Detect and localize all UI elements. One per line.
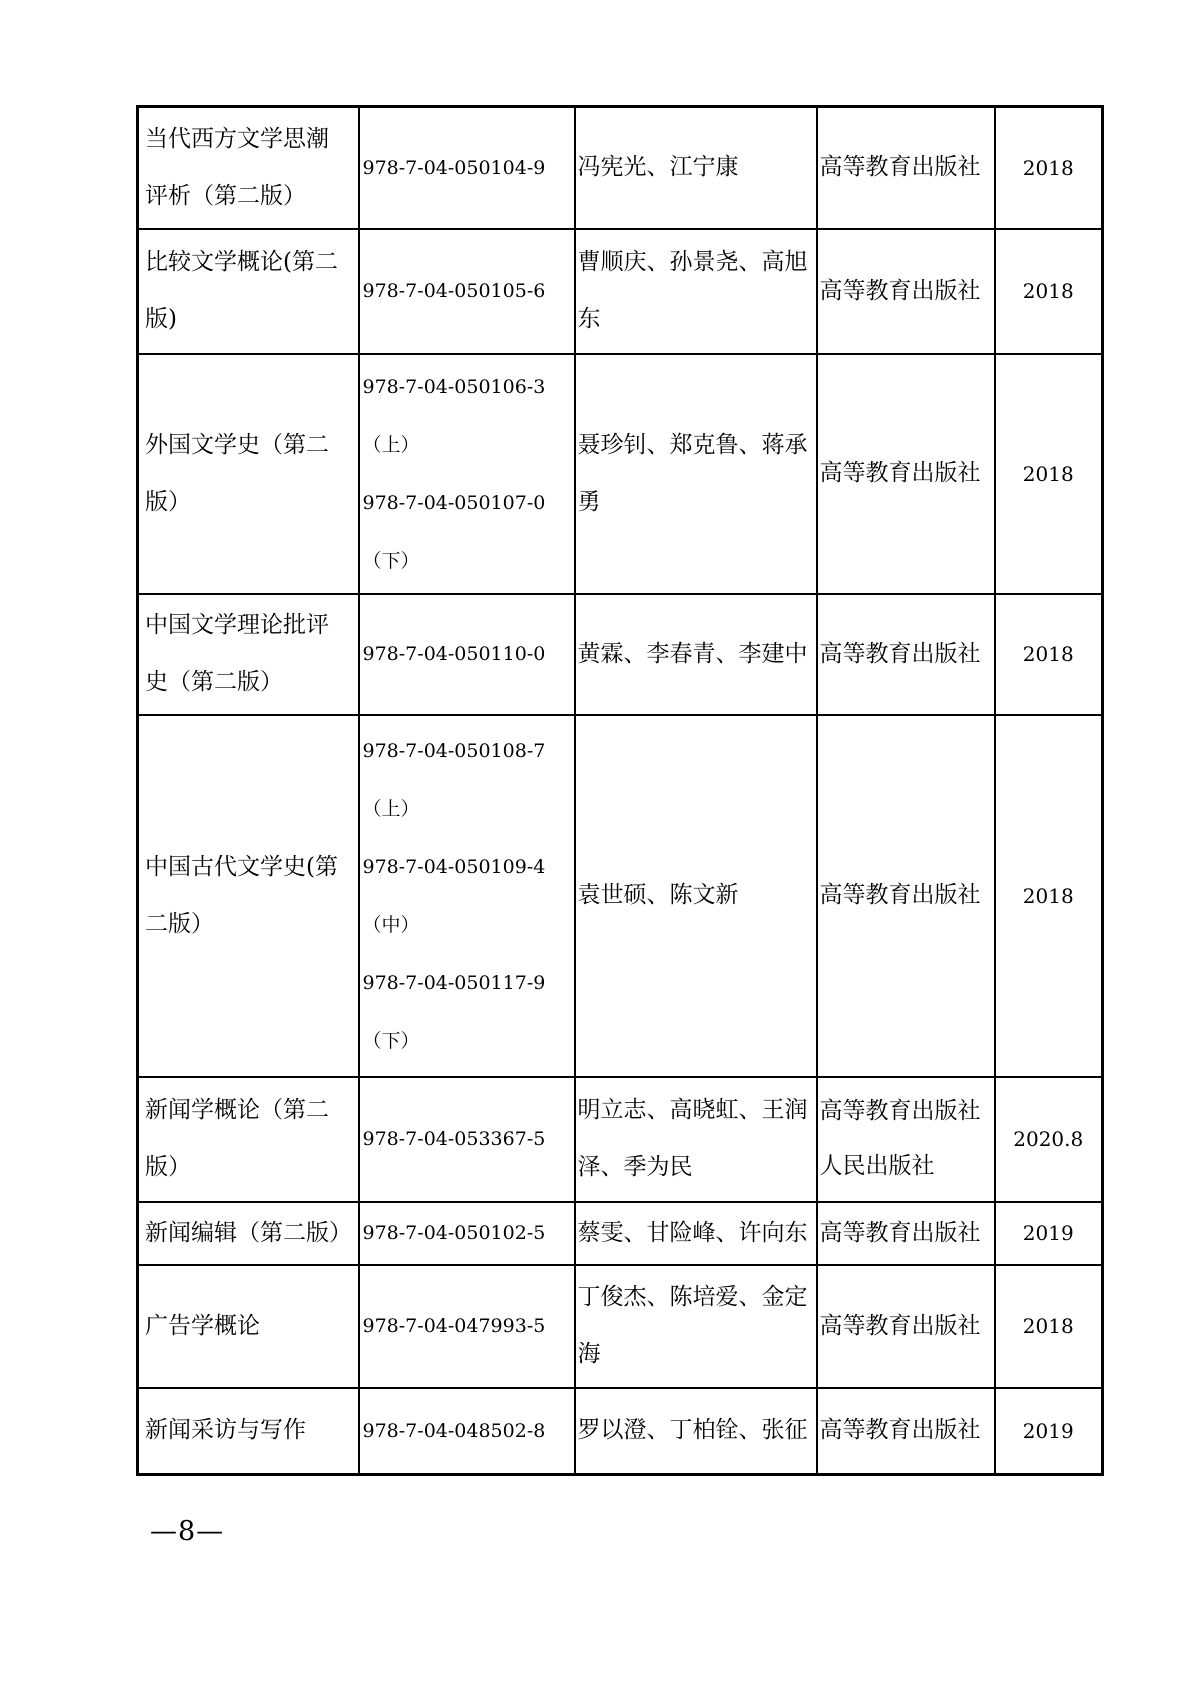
isbn-cell: 978-7-04-050102-5 <box>359 1202 575 1265</box>
publisher-cell: 高等教育出版社 <box>817 715 995 1077</box>
book-title-cell: 新闻编辑（第二版） <box>138 1202 359 1265</box>
text-line: 勇 <box>578 474 816 531</box>
text-line: 新闻编辑（第二版） <box>145 1205 354 1262</box>
text-line: 新闻学概论（第二 <box>145 1082 354 1139</box>
year-cell: 2019 <box>995 1202 1103 1265</box>
publisher-cell: 高等教育出版社 <box>817 594 995 715</box>
year-cell: 2020.8 <box>995 1077 1103 1202</box>
year-cell: 2019 <box>995 1388 1103 1475</box>
text-line: 978-7-04-050104-9 <box>363 139 574 197</box>
authors-cell: 丁俊杰、陈培爱、金定海 <box>575 1265 817 1388</box>
text-line: 978-7-04-050108-7 <box>363 722 574 780</box>
authors-cell: 明立志、高晓虹、王润泽、季为民 <box>575 1077 817 1202</box>
text-line: 罗以澄、丁柏铨、张征 <box>578 1402 816 1459</box>
text-line: 高等教育出版社 <box>820 264 994 319</box>
text-line: 高等教育出版社 <box>820 1084 994 1139</box>
text-line: 978-7-04-050102-5 <box>363 1204 574 1262</box>
text-line: 高等教育出版社 <box>820 140 994 195</box>
text-line: 丁俊杰、陈培爱、金定 <box>578 1269 816 1326</box>
text-line: （下） <box>363 1012 574 1070</box>
text-line: 版） <box>145 1139 354 1196</box>
text-line: （上） <box>363 780 574 838</box>
table-row: 新闻学概论（第二版）978-7-04-053367-5明立志、高晓虹、王润泽、季… <box>138 1077 1103 1202</box>
authors-cell: 冯宪光、江宁康 <box>575 107 817 229</box>
table-row: 新闻编辑（第二版）978-7-04-050102-5蔡雯、甘险峰、许向东高等教育… <box>138 1202 1103 1265</box>
book-title-cell: 中国文学理论批评史（第二版） <box>138 594 359 715</box>
year-cell: 2018 <box>995 1265 1103 1388</box>
text-line: 高等教育出版社 <box>820 1403 994 1458</box>
text-line: 978-7-04-050106-3 <box>363 358 574 416</box>
book-title-cell: 比较文学概论(第二版) <box>138 229 359 354</box>
text-line: 高等教育出版社 <box>820 627 994 682</box>
book-title-cell: 新闻采访与写作 <box>138 1388 359 1475</box>
book-title-cell: 外国文学史（第二版） <box>138 354 359 594</box>
isbn-cell: 978-7-04-048502-8 <box>359 1388 575 1475</box>
publisher-cell: 高等教育出版社 <box>817 1388 995 1475</box>
text-line: 广告学概论 <box>145 1298 354 1355</box>
text-line: 外国文学史（第二 <box>145 417 354 474</box>
text-line: 978-7-04-050117-9 <box>363 954 574 1012</box>
text-line: 蔡雯、甘险峰、许向东 <box>578 1205 816 1262</box>
textbook-table: 当代西方文学思潮评析（第二版）978-7-04-050104-9冯宪光、江宁康高… <box>136 105 1104 1476</box>
authors-cell: 曹顺庆、孙景尧、高旭东 <box>575 229 817 354</box>
book-title-cell: 广告学概论 <box>138 1265 359 1388</box>
isbn-cell: 978-7-04-050104-9 <box>359 107 575 229</box>
page-number: —8— <box>150 1512 224 1552</box>
publisher-cell: 高等教育出版社 <box>817 107 995 229</box>
isbn-cell: 978-7-04-053367-5 <box>359 1077 575 1202</box>
publisher-cell: 高等教育出版社 <box>817 229 995 354</box>
isbn-cell: 978-7-04-047993-5 <box>359 1265 575 1388</box>
text-line: 版) <box>145 291 354 348</box>
text-line: 史（第二版） <box>145 654 354 711</box>
text-line: 中国古代文学史(第 <box>145 839 354 896</box>
text-line: 978-7-04-047993-5 <box>363 1297 574 1355</box>
text-line: 978-7-04-050107-0 <box>363 474 574 532</box>
text-line: 新闻采访与写作 <box>145 1402 354 1459</box>
authors-cell: 蔡雯、甘险峰、许向东 <box>575 1202 817 1265</box>
year-cell: 2018 <box>995 229 1103 354</box>
publisher-cell: 高等教育出版社 <box>817 1202 995 1265</box>
text-line: 明立志、高晓虹、王润 <box>578 1082 816 1139</box>
text-line: 高等教育出版社 <box>820 1206 994 1261</box>
text-line: 袁世硕、陈文新 <box>578 867 816 924</box>
text-line: 曹顺庆、孙景尧、高旭 <box>578 234 816 291</box>
text-line: 978-7-04-048502-8 <box>363 1402 574 1460</box>
year-cell: 2018 <box>995 107 1103 229</box>
publisher-cell: 高等教育出版社人民出版社 <box>817 1077 995 1202</box>
text-line: 高等教育出版社 <box>820 1299 994 1354</box>
text-line: 高等教育出版社 <box>820 446 994 501</box>
text-line: （中） <box>363 896 574 954</box>
isbn-cell: 978-7-04-050110-0 <box>359 594 575 715</box>
text-line: 比较文学概论(第二 <box>145 234 354 291</box>
text-line: 中国文学理论批评 <box>145 597 354 654</box>
text-line: 高等教育出版社 <box>820 868 994 923</box>
year-cell: 2018 <box>995 715 1103 1077</box>
text-line: 东 <box>578 291 816 348</box>
book-title-cell: 新闻学概论（第二版） <box>138 1077 359 1202</box>
publisher-cell: 高等教育出版社 <box>817 1265 995 1388</box>
text-line: 978-7-04-050109-4 <box>363 838 574 896</box>
table-row: 新闻采访与写作978-7-04-048502-8罗以澄、丁柏铨、张征高等教育出版… <box>138 1388 1103 1475</box>
table-row: 广告学概论978-7-04-047993-5丁俊杰、陈培爱、金定海高等教育出版社… <box>138 1265 1103 1388</box>
text-line: （下） <box>363 532 574 590</box>
text-line: 二版） <box>145 896 354 953</box>
table-row: 中国古代文学史(第二版）978-7-04-050108-7（上）978-7-04… <box>138 715 1103 1077</box>
isbn-cell: 978-7-04-050106-3（上）978-7-04-050107-0（下） <box>359 354 575 594</box>
book-title-cell: 中国古代文学史(第二版） <box>138 715 359 1077</box>
table-row: 比较文学概论(第二版)978-7-04-050105-6曹顺庆、孙景尧、高旭东高… <box>138 229 1103 354</box>
text-line: 黄霖、李春青、李建中 <box>578 626 816 683</box>
year-cell: 2018 <box>995 594 1103 715</box>
book-title-cell: 当代西方文学思潮评析（第二版） <box>138 107 359 229</box>
text-line: 泽、季为民 <box>578 1139 816 1196</box>
authors-cell: 聂珍钊、郑克鲁、蒋承勇 <box>575 354 817 594</box>
text-line: 冯宪光、江宁康 <box>578 139 816 196</box>
text-line: 版） <box>145 474 354 531</box>
isbn-cell: 978-7-04-050105-6 <box>359 229 575 354</box>
text-line: 评析（第二版） <box>145 168 354 225</box>
text-line: 聂珍钊、郑克鲁、蒋承 <box>578 417 816 474</box>
text-line: 海 <box>578 1326 816 1383</box>
authors-cell: 袁世硕、陈文新 <box>575 715 817 1077</box>
text-line: 978-7-04-053367-5 <box>363 1110 574 1168</box>
table-row: 中国文学理论批评史（第二版）978-7-04-050110-0黄霖、李春青、李建… <box>138 594 1103 715</box>
text-line: （上） <box>363 416 574 474</box>
text-line: 人民出版社 <box>820 1139 994 1194</box>
authors-cell: 罗以澄、丁柏铨、张征 <box>575 1388 817 1475</box>
text-line: 当代西方文学思潮 <box>145 111 354 168</box>
text-line: 978-7-04-050105-6 <box>363 262 574 320</box>
authors-cell: 黄霖、李春青、李建中 <box>575 594 817 715</box>
table-row: 外国文学史（第二版）978-7-04-050106-3（上）978-7-04-0… <box>138 354 1103 594</box>
isbn-cell: 978-7-04-050108-7（上）978-7-04-050109-4（中）… <box>359 715 575 1077</box>
text-line: 978-7-04-050110-0 <box>363 625 574 683</box>
year-cell: 2018 <box>995 354 1103 594</box>
publisher-cell: 高等教育出版社 <box>817 354 995 594</box>
table-row: 当代西方文学思潮评析（第二版）978-7-04-050104-9冯宪光、江宁康高… <box>138 107 1103 229</box>
